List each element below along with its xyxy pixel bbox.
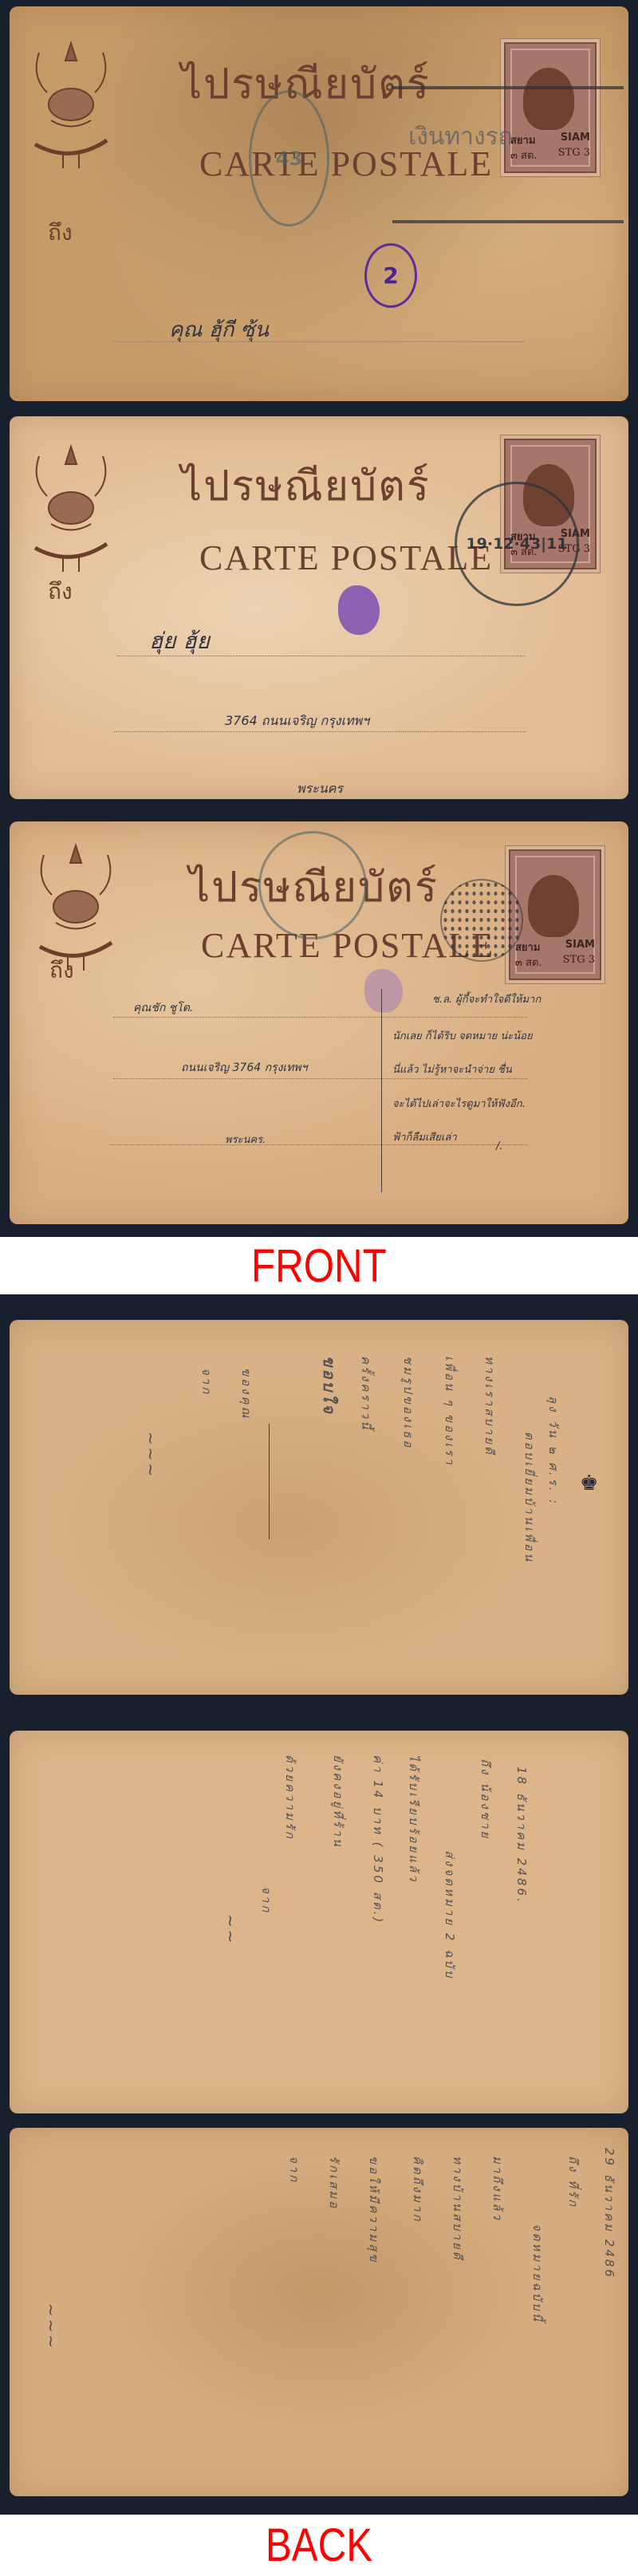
- to-label: ถึง: [49, 953, 74, 988]
- to-label: ถึง: [48, 215, 73, 250]
- back-date: 29 ธันวาคม 2486: [600, 2148, 619, 2307]
- back-message-line: ถึง น้องชาย: [476, 1759, 495, 1870]
- message-line: นักเลย ก็ได้ริบ จดหมาย น่ะน้อย: [392, 1027, 533, 1044]
- garuda-emblem-icon: [27, 37, 115, 172]
- back-date: 18 ธันวาคม 2486.: [512, 1767, 531, 1926]
- recipient-name: ฮุ่ย ฮุ้ย: [149, 624, 210, 659]
- stamp-overprint: สยามSIAM: [515, 939, 595, 955]
- king-portrait-icon: [523, 68, 574, 130]
- postage-stamp: สยามSIAM ๓ สต.STG 3: [504, 42, 597, 173]
- violet-censor-mark: [364, 969, 403, 1013]
- message-line: ฟ้าก็ลืมเสียเล่า: [392, 1128, 457, 1145]
- address-line-2: [113, 1078, 528, 1079]
- back-message-line: ทางเราสบายดี: [480, 1356, 499, 1675]
- message-line: /.: [496, 1140, 503, 1152]
- front-label: FRONT: [251, 1239, 387, 1293]
- front-label-band: FRONT: [0, 1237, 638, 1294]
- back-message-line: ชมรูปของเธอ: [399, 1356, 418, 1675]
- back-message-line: จดหมายฉบับนี้: [528, 2223, 547, 2487]
- back-message-line: เพื่อน ๆ ของเรา: [440, 1356, 459, 1595]
- address-line-2: [113, 731, 526, 732]
- back-message-line: ทางบ้านสบายดี: [448, 2156, 467, 2475]
- card-title-thai: ไปรษณียบัตร์: [181, 452, 431, 518]
- signature: ~~~: [141, 1432, 160, 1591]
- signature: ~~: [221, 1914, 240, 1994]
- recipient-street: 3764 ถนนเจริญ กรุงเทพฯ: [225, 711, 369, 731]
- back-message-line: ตอบเยี่ยมบ้านเพื่อน: [520, 1432, 539, 1687]
- postcard-front-2: ไปรษณียบัตร์ CARTE POSTALE ถึง สยามSIAM …: [10, 416, 628, 799]
- stamp-value: ๓ สต.STG 3: [510, 147, 590, 163]
- back-message-line: ส่งจดหมาย 2 ฉบับ: [440, 1850, 459, 2113]
- postmark-bangkok-gpo: [258, 831, 367, 939]
- address-line-1: [117, 656, 526, 656]
- back-message-line: รักเสมอ: [325, 2156, 344, 2475]
- address-line-3: [109, 1144, 528, 1145]
- back-label: BACK: [266, 2519, 372, 2572]
- signature: ~~~: [41, 2303, 61, 2399]
- card-divider: [381, 989, 382, 1192]
- stamp-overprint: สยามSIAM: [510, 132, 590, 148]
- violet-number-mark: 2: [364, 243, 417, 308]
- stamp-value: ๓ สต.STG 3: [515, 954, 595, 971]
- back-message-line: จาก: [285, 2156, 304, 2475]
- message-line: นี่แล้ว ไม่รู้หาจะนำจ่าย ชื่น: [392, 1061, 512, 1077]
- cancel-bar-top: [392, 86, 624, 89]
- postmark-dated: 19·12·43|11: [455, 482, 579, 606]
- back-label-band: BACK: [0, 2515, 638, 2576]
- recipient-name: คุณชัก ชูโต.: [133, 999, 193, 1017]
- crest-icon: ♚: [580, 1471, 598, 1495]
- back-message-line: ลุง วัน ๒ ศ.ร. :: [544, 1396, 563, 1683]
- postmark-circle: 43: [249, 90, 329, 226]
- message-line: ช.ล. ผู้กี้จะทำใจดีให้มาก: [432, 991, 541, 1007]
- postcard-front-1: ไปรษณียบัตร์ CARTE POSTALE ถึง สยามSIAM …: [10, 6, 628, 401]
- garuda-emblem-icon: [27, 440, 115, 576]
- dotted-killer-cancel: [440, 879, 523, 962]
- king-portrait-icon: [528, 875, 579, 937]
- postcard-back-2: 18 ธันวาคม 2486. ถึง น้องชาย ส่งจดหมาย 2…: [10, 1731, 628, 2113]
- back-message-line: คิดถึงมาก: [408, 2156, 427, 2475]
- violet-censor-mark: [338, 585, 380, 635]
- to-label: ถึง: [48, 574, 73, 609]
- postcard-back-3: 29 ธันวาคม 2486 ถึง ที่รัก จดหมายฉบับนี้…: [10, 2128, 628, 2496]
- message-line: จะได้ไปเล่าจะไรดูมาให้ฟังอีก.: [392, 1095, 526, 1112]
- back-message-line: ด้วยความรัก: [281, 1755, 300, 1874]
- back-message-line: ถึง ที่รัก: [564, 2156, 583, 2251]
- address-line-1: [113, 1017, 528, 1018]
- back-message-line: ยังคงอยู่ที่ร้าน: [329, 1755, 348, 2090]
- cancel-bar-bottom: [392, 220, 624, 223]
- card-title-french: CARTE POSTALE: [199, 538, 493, 578]
- back-message-line: จาก: [197, 1368, 216, 1527]
- postmark-date: 19·12·43|11: [466, 535, 567, 553]
- back-message-line: ของคุณ: [237, 1368, 256, 1687]
- back-message-line: จาก: [257, 1886, 276, 1966]
- recipient-city: พระนคร: [297, 779, 343, 799]
- back-message-line: ครั้งคราวนี้: [356, 1356, 376, 1531]
- postcard-back-1: ♚ ลุง วัน ๒ ศ.ร. : ตอบเยี่ยมบ้านเพื่อน ท…: [10, 1320, 628, 1695]
- garuda-emblem-icon: [32, 839, 120, 975]
- back-message-line: ค่า 14 บาท ( 350 สต.): [368, 1755, 388, 2074]
- back-message-line: ขอให้มีความสุข: [364, 2156, 384, 2475]
- back-message-line: ขอบใจ: [317, 1356, 342, 1643]
- back-divider: [269, 1424, 270, 1539]
- back-message-line: มาถึงแล้ว: [488, 2156, 507, 2475]
- recipient-street: ถนนเจริญ 3764 กรุงเทพฯ: [181, 1059, 308, 1077]
- postcard-front-3: ไปรษณียบัตร์ CARTE POSTALE ถึง สยามSIAM …: [10, 821, 628, 1224]
- slogan-cancel: เงินทางรถ: [408, 118, 513, 156]
- back-message-line: ได้รับเรียบร้อยแล้ว: [404, 1755, 423, 2074]
- address-line-1: [113, 341, 524, 342]
